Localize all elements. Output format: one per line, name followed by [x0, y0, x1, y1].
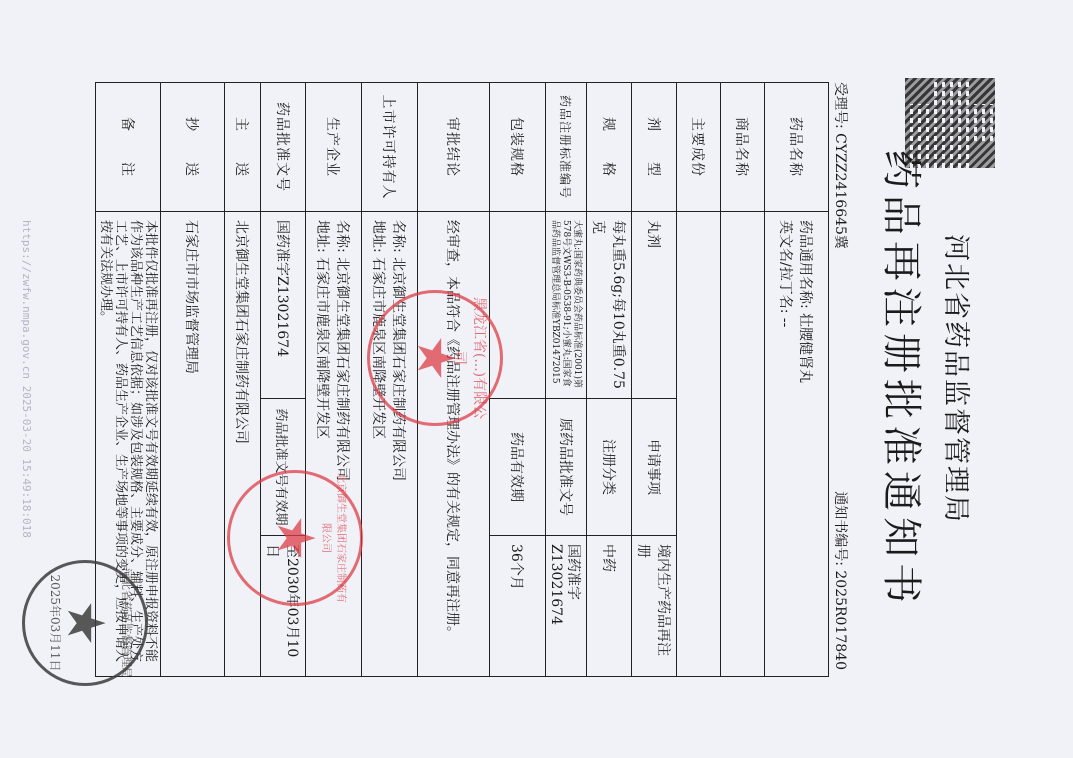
orig-approval-value: 国药准字Z13021674 — [546, 536, 587, 677]
validity-label: 药品有效期 — [490, 399, 546, 536]
manufacturer-cell: 名称: 北京御生堂集团石家庄制药有限公司 地址: 石家庄市鹿泉区南降壁开发区 — [306, 212, 362, 677]
application-type-label: 申请事项 — [632, 399, 677, 536]
table-row: 药品注册标准编号 大蜜丸:国家药典委员会药品标准(2001)第578号文WS3-… — [546, 83, 587, 677]
generic-name: 药品通用名称: 壮腰健肾丸 — [797, 220, 817, 668]
approval-no-label: 药品批准文号 — [261, 83, 306, 212]
ingredients-label: 主要成份 — [677, 83, 721, 212]
document-viewer: 河北省药品监督管理局 药品再注册批准通知书 受理号: CYZZ2416645冀 … — [0, 0, 1073, 758]
notice-label: 通知书编号: — [832, 491, 848, 566]
standard-value: 大蜜丸:国家药典委员会药品标准(2001)第578号文WS3-B-0538-91… — [546, 212, 587, 399]
cc-label: 抄 送 — [161, 83, 225, 212]
manufacturer-label: 生产企业 — [306, 83, 362, 212]
send-to-value: 北京御生堂集团石家庄制药有限公司 — [225, 212, 261, 677]
official-seal-text: 河北省药品监督管理局 — [119, 563, 135, 683]
validity-value: 36个月 — [490, 536, 546, 677]
notice-value: 2025R017840 — [832, 570, 848, 670]
holder-label: 上市许可持有人 — [362, 83, 418, 212]
star-icon: ★ — [405, 335, 465, 382]
holder-name: 名称: 北京御生堂集团石家庄制药有限公司 — [390, 220, 410, 668]
conclusion-label: 审批结论 — [418, 83, 490, 212]
document-title: 药品再注册批准通知书 — [876, 0, 933, 758]
notice-number: 通知书编号: 2025R017840 — [831, 491, 851, 670]
notice-page: 河北省药品监督管理局 药品再注册批准通知书 受理号: CYZZ2416645冀 … — [0, 0, 1073, 758]
dosage-form-label: 剂 型 — [632, 83, 677, 212]
standard-label: 药品注册标准编号 — [546, 83, 587, 212]
english-name: 英文名/拉丁名: -- — [777, 220, 797, 668]
conclusion-value: 经审查，本品符合《药品注册管理办法》的有关规定，同意再注册。 — [418, 212, 490, 677]
ingredients-value — [677, 212, 721, 677]
table-row: 规 格 每丸重5.6g;每10丸重0.75克 注册分类 中药 — [587, 83, 632, 677]
dosage-form-value: 丸剂 — [632, 212, 677, 399]
star-icon: ★ — [265, 515, 325, 562]
acceptance-value: CYZZ2416645冀 — [832, 133, 848, 249]
official-seal-date: 2025年03月11日 — [47, 563, 64, 683]
reg-class-label: 注册分类 — [587, 399, 632, 536]
print-footer: https://zwfw.nmpa.gov.cn 2025-03-20 15:4… — [20, 0, 33, 758]
reg-class-value: 中药 — [587, 536, 632, 677]
table-row: 抄 送 石家庄市市场监督管理局 — [161, 83, 225, 677]
trade-name-value — [721, 212, 765, 677]
table-row: 主要成份 — [677, 83, 721, 677]
table-row: 药品名称 药品通用名称: 壮腰健肾丸 英文名/拉丁名: -- — [765, 83, 829, 677]
official-seal: 河北省药品监督管理局 ★ 2025年03月11日 — [22, 560, 148, 686]
drug-name-label: 药品名称 — [765, 83, 829, 212]
trade-name-label: 商品名称 — [721, 83, 765, 212]
application-type-value: 境内生产药品再注册 — [632, 536, 677, 677]
acceptance-label: 受理号: — [832, 82, 848, 129]
package-label: 包装规格 — [490, 83, 546, 212]
holder-cell: 名称: 北京御生堂集团石家庄制药有限公司 地址: 石家庄市鹿泉区南降壁开发区 — [362, 212, 418, 677]
company-seal: 黑龙江省(...)有限公司 ★ — [367, 290, 503, 426]
company-seal-2: 北京御生堂集团石家庄制药有限公司 ★ — [227, 470, 363, 606]
table-row: 剂 型 丸剂 申请事项 境内生产药品再注册 — [632, 83, 677, 677]
drug-name-cell: 药品通用名称: 壮腰健肾丸 英文名/拉丁名: -- — [765, 212, 829, 677]
cc-value: 石家庄市市场监督管理局 — [161, 212, 225, 677]
orig-approval-label: 原药品批准文号 — [546, 399, 587, 536]
agency-name: 河北省药品监督管理局 — [939, 0, 978, 758]
star-icon: ★ — [55, 600, 115, 647]
spec-value: 每丸重5.6g;每10丸重0.75克 — [587, 212, 632, 399]
acceptance-number: 受理号: CYZZ2416645冀 — [831, 82, 851, 249]
table-row: 商品名称 — [721, 83, 765, 677]
spec-label: 规 格 — [587, 83, 632, 212]
send-to-label: 主 送 — [225, 83, 261, 212]
holder-address: 地址: 石家庄市鹿泉区南降壁开发区 — [370, 220, 390, 668]
remarks-label: 备 注 — [96, 83, 161, 212]
approval-no-value: 国药准字Z13021674 — [261, 212, 306, 399]
